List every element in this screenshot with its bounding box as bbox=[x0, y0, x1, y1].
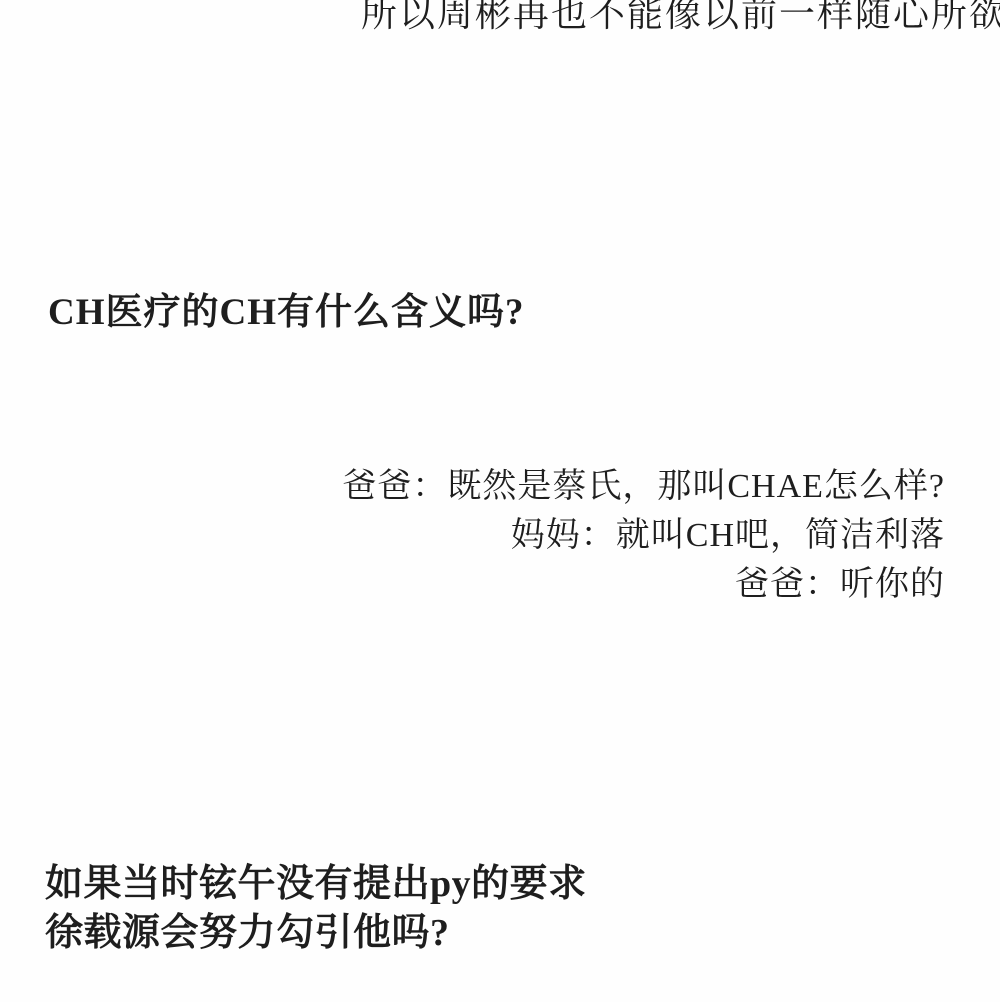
dialog-block: 爸爸：既然是蔡氏，那叫CHAE怎么样? 妈妈：就叫CH吧，简洁利落 爸爸：听你的 bbox=[342, 462, 945, 609]
question-bottom-line-1: 如果当时铉午没有提出py的要求 bbox=[45, 860, 587, 909]
dialog-line-mom: 妈妈：就叫CH吧，简洁利落 bbox=[342, 511, 945, 560]
dialog-line-dad-1: 爸爸：既然是蔡氏，那叫CHAE怎么样? bbox=[342, 462, 945, 511]
narration-top-line: 所以周彬再也不能像以前一样随心所欲 bbox=[361, 0, 1000, 32]
dialog-line-dad-2: 爸爸：听你的 bbox=[342, 560, 945, 609]
comic-text-page: 所以周彬再也不能像以前一样随心所欲 CH医疗的CH有什么含义吗? 爸爸：既然是蔡… bbox=[0, 0, 1000, 1002]
question-bottom-line-2: 徐载源会努力勾引他吗? bbox=[45, 909, 587, 958]
question-bottom-block: 如果当时铉午没有提出py的要求 徐载源会努力勾引他吗? bbox=[45, 860, 587, 958]
question-ch-meaning: CH医疗的CH有什么含义吗? bbox=[48, 294, 525, 331]
